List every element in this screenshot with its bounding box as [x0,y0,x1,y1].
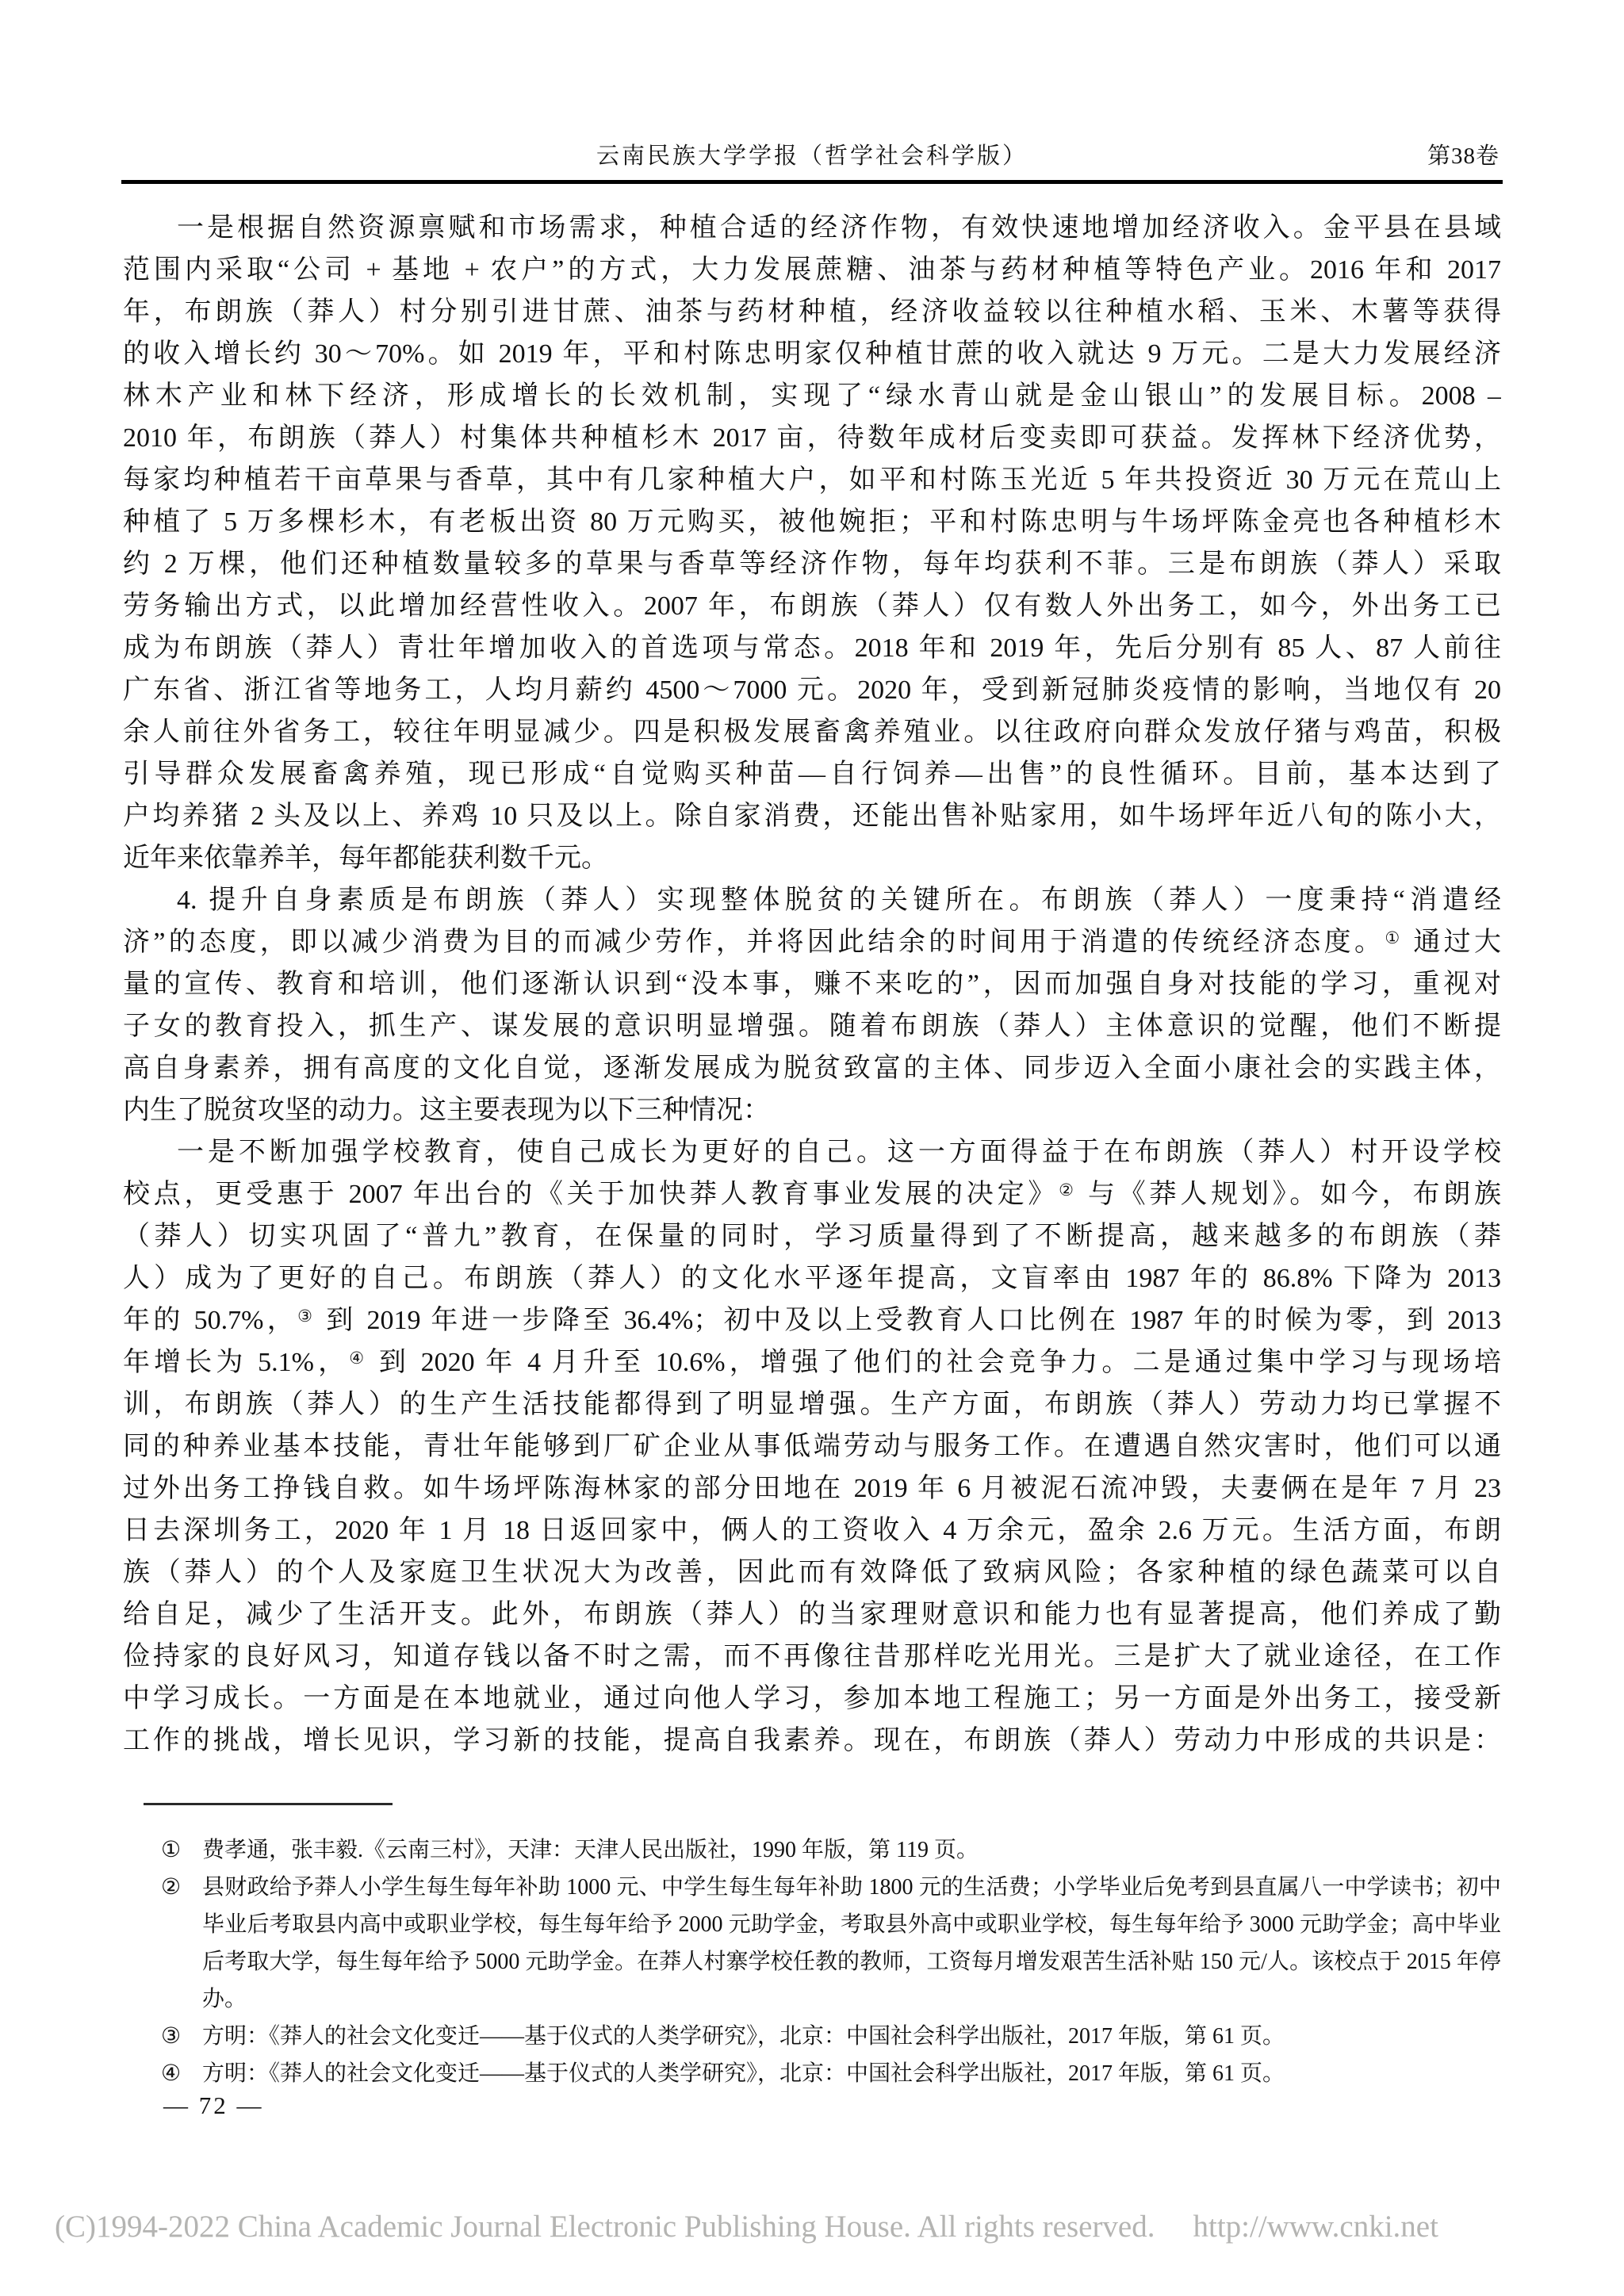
body-line: 子女的教育投入，抓生产、谋发展的意识明显增强。随着布朗族（莽人）主体意识的觉醒，… [123,1005,1501,1047]
body-line: 年，布朗族（莽人）村分别引进甘蔗、油茶与药材种植，经济收益较以往种植水稻、玉米、… [123,291,1501,333]
body-line: 训，布朗族（莽人）的生产生活技能都得到了明显增强。生产方面，布朗族（莽人）劳动力… [123,1383,1501,1425]
body-line: 广东省、浙江省等地务工，人均月薪约 4500～7000 元。2020 年，受到新… [123,669,1501,711]
footnote-marker: ① [161,1831,202,1869]
footnote-item: ④方明：《莽人的社会文化变迁——基于仪式的人类学研究》，北京：中国社会科学出版社… [123,2055,1501,2092]
body-line: 范围内采取“公司 + 基地 + 农户”的方式，大力发展蔗糖、油茶与药材种植等特色… [123,249,1501,291]
body-line: 校点，更受惠于 2007 年出台的《关于加快莽人教育事业发展的决定》② 与《莽人… [123,1173,1501,1215]
body-line: 2010 年，布朗族（莽人）村集体共种植杉木 2017 亩，待数年成材后变卖即可… [123,417,1501,459]
footnote-item: ①费孝通，张丰毅.《云南三村》，天津：天津人民出版社，1990 年版，第 119… [123,1831,1501,1869]
body-line: 给自足，减少了生活开支。此外，布朗族（莽人）的当家理财意识和能力也有显著提高，他… [123,1594,1501,1636]
body-line: 一是根据自然资源禀赋和市场需求，种植合适的经济作物，有效快速地增加经济收入。金平… [123,207,1501,249]
footnote-item: ②县财政给予莽人小学生每生每年补助 1000 元、中学生每生每年补助 1800 … [123,1869,1501,2018]
footnotes: ①费孝通，张丰毅.《云南三村》，天津：天津人民出版社，1990 年版，第 119… [123,1831,1501,2092]
body-line: 林木产业和林下经济，形成增长的长效机制，实现了“绿水青山就是金山银山”的发展目标… [123,375,1501,417]
journal-page: 云南民族大学学报（哲学社会科学版） 第38卷 一是根据自然资源禀赋和市场需求，种… [0,0,1624,2296]
header-rule [121,180,1503,184]
body-line: 年增长为 5.1%，④ 到 2020 年 4 月升至 10.6%，增强了他们的社… [123,1341,1501,1383]
body-line: 内生了脱贫攻坚的动力。这主要表现为以下三种情况： [123,1089,1501,1131]
volume-label: 第38卷 [1427,138,1500,170]
footnote-text: 费孝通，张丰毅.《云南三村》，天津：天津人民出版社，1990 年版，第 119 … [202,1831,1501,1869]
body-line: 过外出务工挣钱自救。如牛场坪陈海林家的部分田地在 2019 年 6 月被泥石流冲… [123,1468,1501,1510]
body-line: 同的种养业基本技能，青壮年能够到厂矿企业从事低端劳动与服务工作。在遭遇自然灾害时… [123,1425,1501,1468]
body-line: 一是不断加强学校教育，使自己成长为更好的自己。这一方面得益于在布朗族（莽人）村开… [123,1131,1501,1173]
body-line: 量的宣传、教育和培训，他们逐渐认识到“没本事，赚不来吃的”，因而加强自身对技能的… [123,963,1501,1005]
body-line: 工作的挑战，增长见识，学习新的技能，提高自我素养。现在，布朗族（莽人）劳动力中形… [123,1720,1501,1762]
body-line: 余人前往外省务工，较往年明显减少。四是积极发展畜禽养殖业。以往政府向群众发放仔猪… [123,711,1501,753]
footnote-marker: ② [161,1869,202,1906]
copyright-text: (C)1994-2022 China Academic Journal Elec… [55,2210,1155,2244]
body-line: 人）成为了更好的自己。布朗族（莽人）的文化水平逐年提高，文盲率由 1987 年的… [123,1257,1501,1299]
footnote-item: ③方明：《莽人的社会文化变迁——基于仪式的人类学研究》，北京：中国社会科学出版社… [123,2018,1501,2055]
body-line: 日去深圳务工，2020 年 1 月 18 日返回家中，俩人的工资收入 4 万余元… [123,1510,1501,1552]
copyright-footer: (C)1994-2022 China Academic Journal Elec… [55,2209,1569,2244]
footnote-marker: ③ [161,2018,202,2055]
body-line: 种植了 5 万多棵杉木，有老板出资 80 万元购买，被他婉拒；平和村陈忠明与牛场… [123,501,1501,543]
journal-title: 云南民族大学学报（哲学社会科学版） [596,138,1028,170]
body-line: 中学习成长。一方面是在本地就业，通过向他人学习，参加本地工程施工；另一方面是外出… [123,1678,1501,1720]
body-line: 每家均种植若干亩草果与香草，其中有几家种植大户，如平和村陈玉光近 5 年共投资近… [123,459,1501,501]
body-line: 成为布朗族（莽人）青壮年增加收入的首选项与常态。2018 年和 2019 年，先… [123,627,1501,669]
body-line: （莽人）切实巩固了“普九”教育，在保量的同时，学习质量得到了不断提高，越来越多的… [123,1215,1501,1257]
body-line: 济”的态度，即以减少消费为目的而减少劳作，并将因此结余的时间用于消遣的传统经济态… [123,921,1501,963]
footnote-ref: ② [1059,1181,1078,1200]
footnote-text: 县财政给予莽人小学生每生每年补助 1000 元、中学生每生每年补助 1800 元… [202,1869,1501,2018]
body-line: 年的 50.7%，③ 到 2019 年进一步降至 36.4%；初中及以上受教育人… [123,1299,1501,1341]
body-text: 一是根据自然资源禀赋和市场需求，种植合适的经济作物，有效快速地增加经济收入。金平… [123,207,1501,1762]
body-line: 近年来依靠养羊，每年都能获利数千元。 [123,837,1501,879]
page-number: — 72 — [163,2091,264,2120]
footnote-ref: ③ [297,1307,316,1326]
body-line: 约 2 万棵，他们还种植数量较多的草果与香草等经济作物，每年均获利不菲。三是布朗… [123,543,1501,585]
body-line: 引导群众发展畜禽养殖，现已形成“自觉购买种苗—自行饲养—出售”的良性循环。目前，… [123,753,1501,795]
footnote-text: 方明：《莽人的社会文化变迁——基于仪式的人类学研究》，北京：中国社会科学出版社，… [202,2055,1501,2092]
body-line: 俭持家的良好风习，知道存钱以备不时之需，而不再像往昔那样吃光用光。三是扩大了就业… [123,1636,1501,1678]
footnote-separator [144,1803,393,1805]
body-line: 4. 提升自身素质是布朗族（莽人）实现整体脱贫的关键所在。布朗族（莽人）一度秉持… [123,879,1501,921]
body-line: 族（莽人）的个人及家庭卫生状况大为改善，因此而有效降低了致病风险；各家种植的绿色… [123,1552,1501,1594]
page-header: 云南民族大学学报（哲学社会科学版） 第38卷 [123,138,1501,171]
footnote-marker: ④ [161,2055,202,2092]
body-line: 户均养猪 2 头及以上、养鸡 10 只及以上。除自家消费，还能出售补贴家用，如牛… [123,795,1501,837]
body-line: 劳务输出方式，以此增加经营性收入。2007 年，布朗族（莽人）仅有数人外出务工，… [123,585,1501,627]
footer-url: http://www.cnki.net [1193,2210,1438,2244]
footnote-text: 方明：《莽人的社会文化变迁——基于仪式的人类学研究》，北京：中国社会科学出版社，… [202,2018,1501,2055]
body-line: 高自身素养，拥有高度的文化自觉，逐渐发展成为脱贫致富的主体、同步迈入全面小康社会… [123,1047,1501,1089]
footnote-ref: ④ [349,1349,368,1368]
body-line: 的收入增长约 30～70%。如 2019 年，平和村陈忠明家仅种植甘蔗的收入就达… [123,333,1501,375]
footnote-ref: ① [1385,928,1403,947]
